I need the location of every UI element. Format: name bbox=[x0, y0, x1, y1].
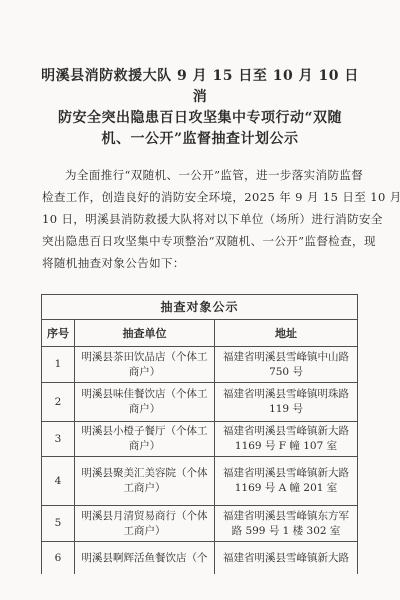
title-line: 明溪县消防救援大队 9 月 15 日至 10 月 10 日消 bbox=[38, 66, 362, 108]
cell-no: 3 bbox=[42, 422, 75, 457]
cell-no: 4 bbox=[42, 457, 75, 506]
document-paragraph: 为全面推行“双随机、一公开”监管，进一步落实消防监督 检查工作，创造良好的消防安… bbox=[42, 164, 358, 274]
document-title: 明溪县消防救援大队 9 月 15 日至 10 月 10 日消 防安全突出隐患百日… bbox=[38, 66, 362, 150]
cell-address: 福建省明溪县雪峰镇新大路 bbox=[215, 542, 358, 575]
paragraph-line: 突出隐患百日攻坚集中专项整治“双随机、一公开”监督检查，现 bbox=[42, 230, 358, 252]
cell-unit: 明溪县味佳餐饮店（个体工商户） bbox=[75, 383, 215, 422]
column-header-unit: 抽查单位 bbox=[75, 320, 215, 347]
paragraph-line: 检查工作，创造良好的消防安全环境，2025 年 9 月 15 日至 10 月 bbox=[42, 186, 358, 208]
cell-address: 福建省明溪县雪峰镇东方军路 599 号 1 楼 302 室 bbox=[215, 506, 358, 542]
cell-unit: 明溪县茶田饮品店（个体工商户） bbox=[75, 347, 215, 383]
table-row: 5 明溪县月清贸易商行（个体工商户） 福建省明溪县雪峰镇东方军路 599 号 1… bbox=[42, 506, 358, 542]
cell-unit: 明溪县小橙子餐厅（个体工商户） bbox=[75, 422, 215, 457]
paragraph-line: 将随机抽查对象公告如下： bbox=[42, 252, 358, 274]
inspection-table-clip: 抽查对象公示 序号 抽查单位 地址 1 明溪县茶田饮品店（个体工商户） 福建省明… bbox=[41, 294, 359, 574]
cell-address: 福建省明溪县雪峰镇新大路 1169 号 F 幢 107 室 bbox=[215, 422, 358, 457]
table-row: 6 明溪县啊辉活鱼餐饮店（个 福建省明溪县雪峰镇新大路 bbox=[42, 542, 358, 575]
cell-unit: 明溪县聚美汇美容院（个体工商户） bbox=[75, 457, 215, 506]
table-caption: 抽查对象公示 bbox=[42, 295, 358, 320]
table-body: 1 明溪县茶田饮品店（个体工商户） 福建省明溪县雪峰镇中山路 750 号 2 明… bbox=[42, 347, 358, 575]
cell-address: 福建省明溪县雪峰镇中山路 750 号 bbox=[215, 347, 358, 383]
column-header-no: 序号 bbox=[42, 320, 75, 347]
table-row: 4 明溪县聚美汇美容院（个体工商户） 福建省明溪县雪峰镇新大路 1169 号 A… bbox=[42, 457, 358, 506]
cell-no: 1 bbox=[42, 347, 75, 383]
cell-no: 6 bbox=[42, 542, 75, 575]
table-row: 2 明溪县味佳餐饮店（个体工商户） 福建省明溪县雪峰镇明珠路 119 号 bbox=[42, 383, 358, 422]
scanned-document-page: 明溪县消防救援大队 9 月 15 日至 10 月 10 日消 防安全突出隐患百日… bbox=[0, 0, 400, 600]
inspection-table: 抽查对象公示 序号 抽查单位 地址 1 明溪县茶田饮品店（个体工商户） 福建省明… bbox=[41, 294, 358, 574]
cell-no: 5 bbox=[42, 506, 75, 542]
paragraph-line: 为全面推行“双随机、一公开”监管，进一步落实消防监督 bbox=[42, 164, 358, 186]
table-caption-row: 抽查对象公示 bbox=[42, 295, 358, 320]
cell-address: 福建省明溪县雪峰镇新大路 1169 号 A 幢 201 室 bbox=[215, 457, 358, 506]
title-line: 防安全突出隐患百日攻坚集中专项行动“双随 bbox=[38, 108, 362, 129]
paragraph-line: 10 日，明溪县消防救援大队将对以下单位（场所）进行消防安全 bbox=[42, 208, 358, 230]
cell-no: 2 bbox=[42, 383, 75, 422]
table-row: 3 明溪县小橙子餐厅（个体工商户） 福建省明溪县雪峰镇新大路 1169 号 F … bbox=[42, 422, 358, 457]
cell-address: 福建省明溪县雪峰镇明珠路 119 号 bbox=[215, 383, 358, 422]
table-row: 1 明溪县茶田饮品店（个体工商户） 福建省明溪县雪峰镇中山路 750 号 bbox=[42, 347, 358, 383]
title-line: 机、一公开”监督抽查计划公示 bbox=[38, 129, 362, 150]
column-header-address: 地址 bbox=[215, 320, 358, 347]
cell-unit: 明溪县啊辉活鱼餐饮店（个 bbox=[75, 542, 215, 575]
cell-unit: 明溪县月清贸易商行（个体工商户） bbox=[75, 506, 215, 542]
table-header-row: 序号 抽查单位 地址 bbox=[42, 320, 358, 347]
